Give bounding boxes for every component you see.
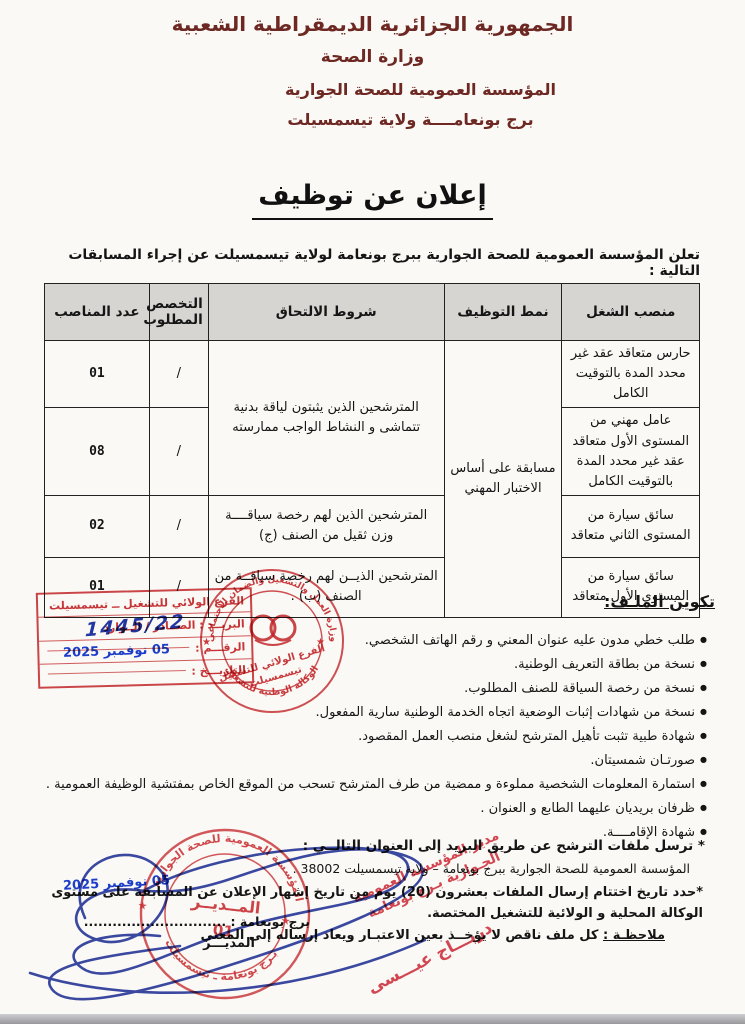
scan-edge-shadow: [0, 1014, 745, 1024]
location-line: برج بونعامــــة ولاية تيسمسيلت: [38, 110, 745, 129]
col-mode: نمط التوظيف: [444, 284, 562, 341]
star-icon: ★: [202, 637, 211, 648]
cell-condition: المترشحين الذين لهم رخصة سياقــــة وزن ث…: [208, 495, 444, 557]
cell-position: سائق سيارة من المستوى الثاني متعاقد: [562, 495, 700, 557]
intro-line: تعلن المؤسسة العمومية للصحة الجوارية ببر…: [45, 247, 700, 279]
title-wrap: إعلان عن توظيف: [0, 180, 745, 220]
cell-position: حارس متعاقد عقد غير محدد المدة بالتوقيت …: [562, 341, 700, 408]
page-title: إعلان عن توظيف: [252, 180, 492, 220]
cell-specialty: /: [149, 408, 208, 496]
fill-line: [48, 669, 186, 675]
table-header-row: منصب الشغل نمط التوظيف شروط الالتحاق الت…: [45, 284, 700, 341]
cell-specialty: /: [149, 341, 208, 408]
list-item: ظرفان بريديان عليهما الطابع و العنوان .: [40, 796, 707, 820]
anem-logo-icon: [251, 616, 295, 645]
list-item: استمارة المعلومات الشخصية مملوءة و ممضية…: [40, 772, 707, 796]
cell-count: 01: [45, 341, 150, 408]
anem-round-stamp: وزارة العمل والتشغيل والضمان الاجتماعي ا…: [197, 566, 347, 716]
institution-line: المؤسسة العمومية للصحة الجوارية: [48, 80, 745, 99]
col-conditions: شروط الالتحاق: [208, 284, 444, 341]
col-position: منصب الشغل: [562, 284, 700, 341]
list-item: شهادة طبية تثبت تأهيل المترشح لشغل منصب …: [40, 724, 707, 748]
file-section-heading: تكوين الملـف:: [604, 592, 715, 611]
scanned-document-page: الجمهورية الجزائرية الديمقراطية الشعبية …: [0, 0, 745, 1024]
cell-recruitment-mode: مسابقة على أساس الاختبار المهني: [444, 341, 562, 618]
signature-scribble: [0, 818, 470, 1023]
cell-specialty: /: [149, 495, 208, 557]
note-label: ملاحظـة :: [603, 928, 665, 943]
table-row: حارس متعاقد عقد غير محدد المدة بالتوقيت …: [45, 341, 700, 408]
ministry-line: وزارة الصحة: [0, 47, 745, 67]
cell-count: 08: [45, 408, 150, 496]
table-row: سائق سيارة من المستوى الثاني متعاقد المت…: [45, 495, 700, 557]
republic-line: الجمهورية الجزائرية الديمقراطية الشعبية: [0, 12, 745, 36]
col-specialty: التخصص المطلوب: [149, 284, 208, 341]
list-item: نسخة من شهادات إثبات الوضعية اتجاه الخدم…: [40, 700, 707, 724]
jobs-table: منصب الشغل نمط التوظيف شروط الالتحاق الت…: [44, 283, 700, 618]
list-item: صورتـان شمسيتان.: [40, 748, 707, 772]
document-header: الجمهورية الجزائرية الديمقراطية الشعبية …: [0, 12, 745, 129]
cell-condition-shared: المترشحين الذين يثبتون لياقة بدنية تتماش…: [208, 341, 444, 496]
col-count: عدد المناصب: [45, 284, 150, 341]
cell-count: 02: [45, 495, 150, 557]
cell-position: عامل مهني من المستوى الأول متعاقد عقد غي…: [562, 408, 700, 496]
